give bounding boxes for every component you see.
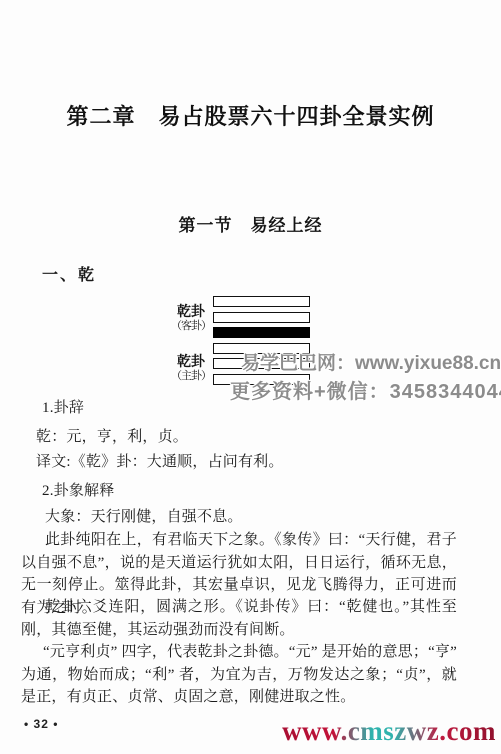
footer-url: www.cmszwz.com [282, 716, 496, 747]
hexagram-line-outline [213, 296, 310, 307]
section-title: 第一节 易经上经 [0, 211, 501, 236]
translation-text: 译文:《乾》卦：大通顺，占问有利。 [36, 451, 456, 474]
hexagram-line-solid [213, 327, 310, 338]
subsection-title: 一、乾 [42, 262, 96, 285]
book-page: 第二章 易占股票六十四卦全景实例 第一节 易经上经 一、乾 乾卦 （客卦） 乾卦… [0, 0, 501, 754]
heading-gua-xiang: 2.卦象解释 [42, 480, 442, 503]
lower-trigram-role: （主卦） [164, 370, 218, 383]
paragraph-3: “元亨利贞” 四字，代表乾卦之卦德。“元” 是开始的意思；“亨” 为通，物始而成… [21, 641, 457, 709]
upper-trigram-label: 乾卦 （客卦） [164, 305, 218, 333]
paragraph-2: 乾卦六爻连阳，圆满之形。《说卦传》曰：“乾健也。”其性至刚，其德至健，其运动强劲… [21, 596, 457, 641]
page-number: • 32 • [24, 717, 58, 731]
gua-ci-text: 乾：元，亨，利，贞。 [36, 426, 456, 449]
watermark-contact: 更多资料+微信：3458344044 [230, 375, 501, 404]
lower-trigram-label: 乾卦 （主卦） [164, 355, 218, 383]
watermark-site: 易学巴巴网：www.yixue88.cn [241, 348, 501, 375]
da-xiang-text: 大象：天行刚健，自强不息。 [45, 506, 455, 529]
lower-trigram-name: 乾卦 [164, 355, 218, 370]
upper-trigram-name: 乾卦 [164, 305, 218, 320]
chapter-title: 第二章 易占股票六十四卦全景实例 [0, 100, 501, 131]
upper-trigram-role: （客卦） [164, 320, 218, 333]
hexagram-line-outline [213, 312, 310, 323]
